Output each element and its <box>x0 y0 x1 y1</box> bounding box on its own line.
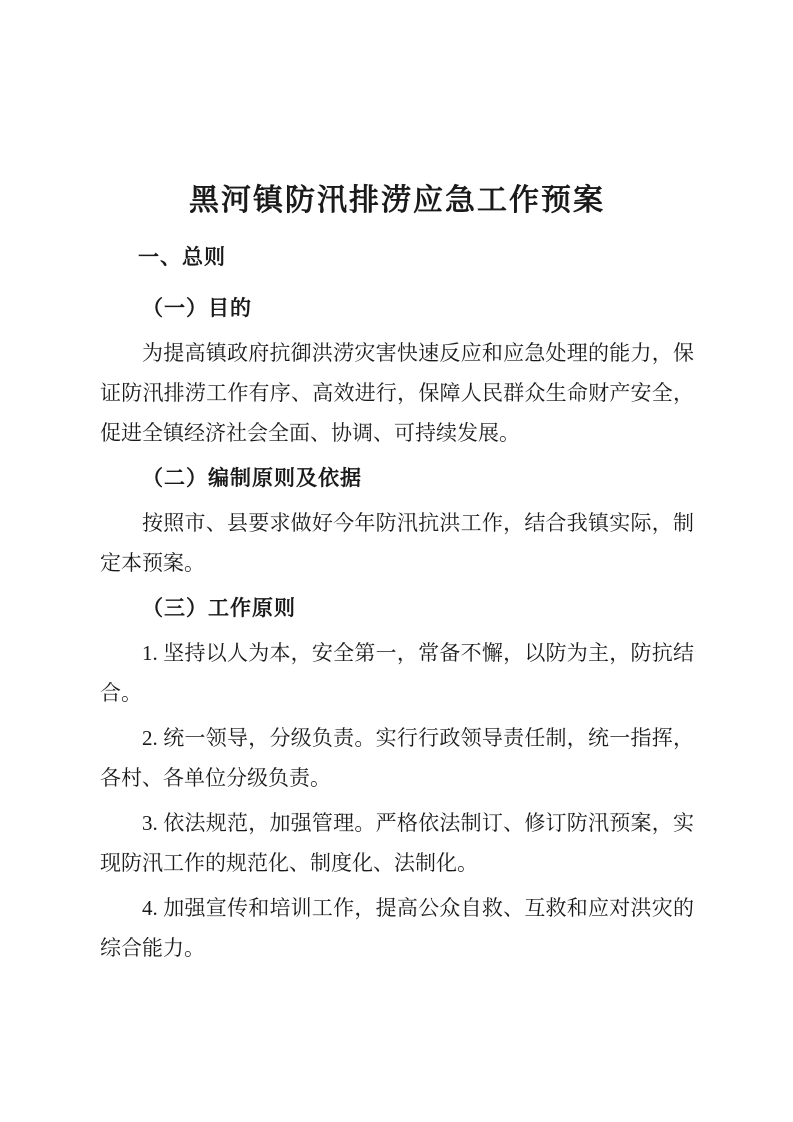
section-2-paragraph: 按照市、县要求做好今年防汛抗洪工作，结合我镇实际，制定本预案。 <box>100 503 694 583</box>
section-3-paragraph-item-2: 2. 统一领导，分级负责。实行行政领导责任制，统一指挥，各村、各单位分级负责。 <box>100 718 694 798</box>
section-3-paragraph-item-4: 4. 加强宣传和培训工作，提高公众自救、互救和应对洪灾的综合能力。 <box>100 888 694 968</box>
document-title: 黑河镇防汛排涝应急工作预案 <box>100 183 694 219</box>
section-3-heading-work-principles: （三）工作原则 <box>100 588 694 628</box>
section-2-heading-principles-basis: （二）编制原则及依据 <box>100 458 694 498</box>
section-1-heading-purpose: （一）目的 <box>100 288 694 328</box>
chapter-heading-general-rules: 一、总则 <box>100 238 694 278</box>
section-1-paragraph: 为提高镇政府抗御洪涝灾害快速反应和应急处理的能力，保证防汛排涝工作有序、高效进行… <box>100 333 694 453</box>
section-3-paragraph-item-1: 1. 坚持以人为本，安全第一，常备不懈，以防为主，防抗结合。 <box>100 633 694 713</box>
section-3-paragraph-item-3: 3. 依法规范，加强管理。严格依法制订、修订防汛预案，实现防汛工作的规范化、制度… <box>100 803 694 883</box>
document-page: 黑河镇防汛排涝应急工作预案 一、总则 （一）目的 为提高镇政府抗御洪涝灾害快速反… <box>0 0 793 1122</box>
